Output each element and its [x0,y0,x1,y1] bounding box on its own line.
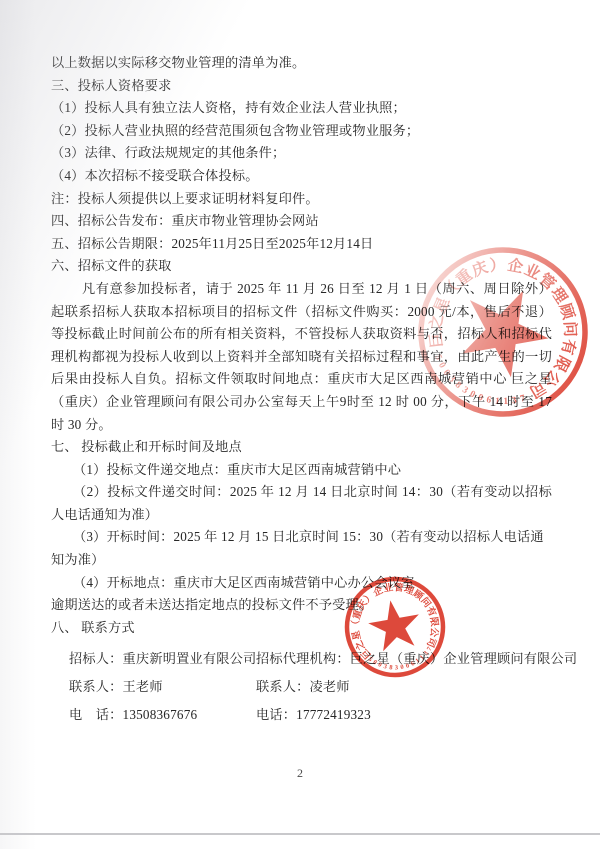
tenderer-contact-column: 招标人：重庆新明置业有限公司 联系人：王老师 电 话：13508367676 [69,645,256,729]
document-page: 以上数据以实际移交物业管理的清单为准。 三、投标人资格要求 （1）投标人具有独立… [0,0,600,849]
seal-number-digit: 6 [485,395,492,406]
seal-number-digit: 1 [503,397,508,407]
seal-number-digit: 0 [405,662,410,670]
seal-number-digit: 3 [511,396,518,407]
agency-seal: 巨之星（重庆）企业管理顾问有限公司5003830061137 [330,562,460,692]
seal-company-char: ） [489,256,506,275]
seal-company-char: 问 [561,321,581,337]
seal-number-digit: 3 [383,663,389,671]
tenderer-name: 招标人：重庆新明置业有限公司 [69,645,256,673]
seal-company-char: 巨 [426,331,447,349]
agency-phone: 电话：17772419323 [256,701,552,729]
tenderer-phone: 电 话：13508367676 [69,701,256,729]
section7-item: （3）开标时间：2025 年 12 月 15 日北京时间 15：30（若有变动以… [51,526,552,571]
seal-number-digit: 7 [519,394,527,405]
section3-heading: 三、投标人资格要求 [51,75,552,98]
section3-note: 注：投标人须提供以上要求证明材料复印件。 [51,188,552,211]
lead-paragraph: 以上数据以实际移交物业管理的清单为准。 [51,52,552,75]
seal-number-digit: 3 [460,385,470,396]
section8-heading: 八、 联系方式 [51,617,552,640]
seal-number-digit: 3 [395,664,399,671]
section4-line: 四、招标公告发布：重庆市物业管理协会网站 [51,210,552,233]
seal-number-digit: 5 [432,354,443,362]
seal-number-digit: 0 [400,664,404,671]
seal-number-digit: 8 [453,380,463,391]
seal-number-digit: 0 [377,661,383,669]
section3-item: （3）法律、行政法规规定的其他条件； [51,142,552,165]
section7-item: （2）投标文件递交时间：2025 年 12 月 14 日北京时间 14：30（若… [51,481,552,526]
page-number: 2 [0,766,600,781]
agency-seal-partial: 巨之星（重庆）企业管理顾问有限公司5003830061137 [403,232,600,432]
section7-heading: 七、 投标截止和开标时间及地点 [51,436,552,459]
section7-item: （1）投标文件递交地点：重庆市大足区西南城营销中心 [51,459,552,482]
seal-number-digit: 1 [494,397,500,407]
tenderer-contact-person: 联系人：王老师 [69,673,256,701]
section3-item: （4）本次招标不接受联合体投标。 [51,165,552,188]
section3-item: （2）投标人营业执照的经营范围须包含物业管理或物业服务； [51,120,552,143]
seal-number-digit: 0 [436,361,447,370]
seal-number-digit: 8 [389,664,394,671]
seal-star-icon [365,596,424,653]
seal-number-digit: 0 [476,393,484,404]
seal-number-digit: 0 [468,389,477,400]
scan-paper-edge [0,833,600,835]
section3-item: （1）投标人具有独立法人资格，持有效企业法人营业执照； [51,97,552,120]
contact-block: 招标人：重庆新明置业有限公司 联系人：王老师 电 话：13508367676 招… [69,645,552,729]
section7-item: （4）开标地点：重庆市大足区西南城营销中心办公会议室 [51,572,552,595]
section7-footer: 逾期送达的或者未送达指定地点的投标文件不予受理。 [51,594,552,617]
